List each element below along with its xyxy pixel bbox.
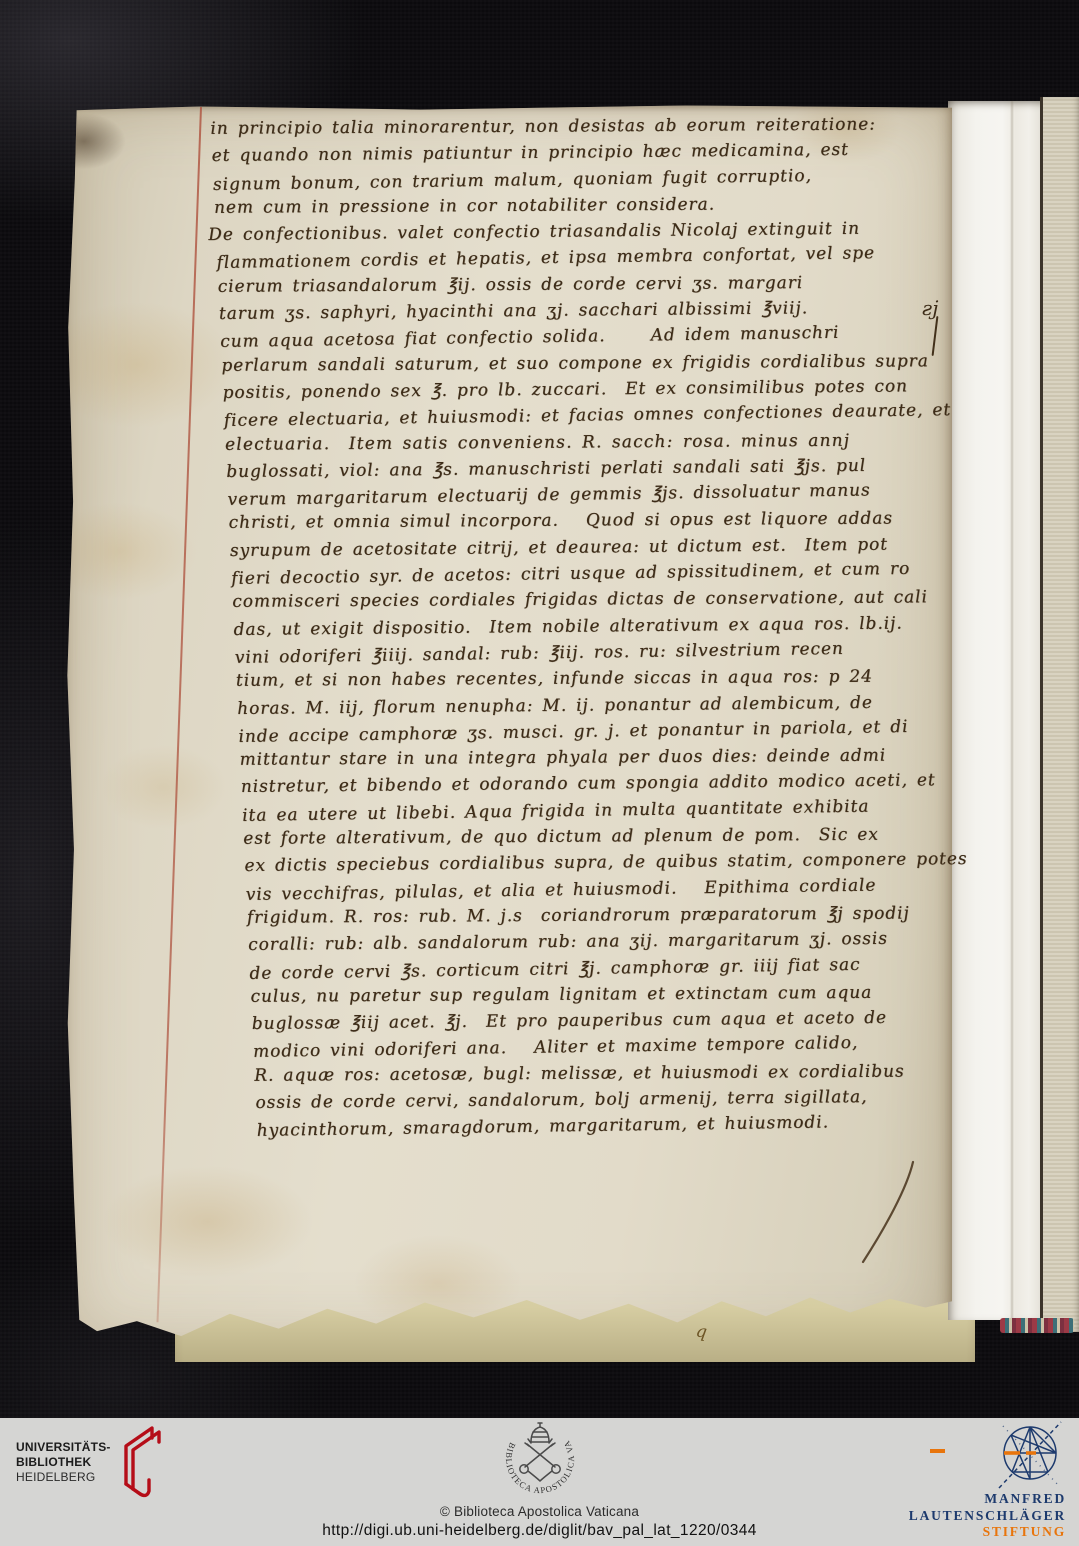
manuscript-line: est forte alterativum, de quo dictum ad … [243,824,984,855]
svg-text:BIBLIOTECA APOSTOLICA VATICANA: BIBLIOTECA APOSTOLICA VATICANA [455,1419,576,1495]
heidelberg-library-wordmark: UNIVERSITÄTS- BIBLIOTHEK HEIDELBERG [16,1440,111,1485]
book-fore-edge [1040,97,1079,1332]
ml-line-3: STIFTUNG [909,1524,1066,1541]
manuscript-line: commisceri species cordiales frigidas di… [232,587,973,618]
paper-crease [1010,101,1014,1320]
heidelberg-library-book-icon [108,1422,172,1500]
ml-line-2: LAUTENSCHLÄGER [909,1508,1066,1525]
manuscript-line: frigidum. R. ros: rub. M. j.s coriandror… [246,903,987,934]
papal-crossed-keys-tiara-icon [520,1423,560,1481]
ub-line-1: UNIVERSITÄTS- [16,1440,111,1455]
manuscript-line: perlarum sandali saturum, et suo compone… [221,351,962,382]
lautenschlaeger-compass-logo [997,1418,1065,1494]
manuscript-line: culus, nu paretur sup regulam lignitam e… [250,982,991,1013]
ub-line-3: HEIDELBERG [16,1470,111,1485]
vatican-library-seal: BIBLIOTECA APOSTOLICA VATICANA [455,1419,625,1511]
manuscript-line: nem cum in pressione in cor notabiliter … [214,193,955,224]
endband-threads [1000,1318,1074,1333]
ub-line-2: BIBLIOTHEK [16,1455,111,1470]
scan-viewer: in principio talia minorarentur, non des… [0,0,1079,1546]
manuscript-line: electuaria. Item satis conveniens. R. sa… [225,430,966,461]
orange-dash-mark [930,1449,945,1453]
ml-line-1: MANFRED [909,1491,1066,1508]
footer-bar: UNIVERSITÄTS- BIBLIOTHEK HEIDELBERG BIBL… [0,1418,1079,1546]
manuscript-line: R. aquæ ros: acetosæ, bugl: melissæ, et … [254,1061,995,1092]
pen-flourish-stroke [855,1158,925,1268]
manuscript-line: in principio talia minorarentur, non des… [210,114,951,145]
manuscript-line: christi, et omnia simul incorpora. Quod … [228,508,969,539]
manuscript-text-block: in principio talia minorarentur, non des… [210,113,997,1146]
manuscript-line: mittantur stare in una integra phyala pe… [239,745,980,776]
manuscript-line: tium, et si non habes recentes, infunde … [236,666,977,697]
lautenschlaeger-wordmark: MANFRED LAUTENSCHLÄGER STIFTUNG [909,1491,1066,1541]
seal-ring-text: BIBLIOTECA APOSTOLICA VATICANA [455,1419,576,1495]
manuscript-line: cierum triasandalorum ℥ij. ossis de cord… [217,272,958,303]
